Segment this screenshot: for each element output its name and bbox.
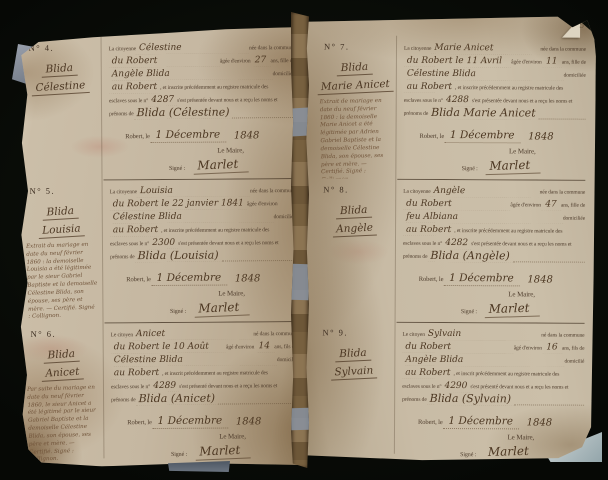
handwritten-commune: du Robert [402, 343, 513, 354]
date-line: Robert, le 1 Décembre 1848 [404, 127, 586, 143]
margin-given-name: Célestine [31, 78, 90, 97]
handwritten-parent-name: Célestine Blida [404, 70, 564, 81]
printed-domiciled-label: domicilié [564, 358, 584, 367]
binding-tape-patch-icon [291, 408, 310, 431]
handwritten-commune: du Robert [109, 57, 220, 68]
handwritten-citizen-name: Angèle [431, 187, 540, 198]
handwritten-date: 1 Décembre [152, 416, 228, 429]
margin-family-name: Blida [43, 347, 79, 364]
register-entry: N° 4. Blida Célestine La citoyenne Céles… [21, 35, 298, 180]
entry-number: N° 7. [316, 41, 394, 51]
printed-surname-label: prénoms de [402, 396, 427, 405]
mayor-signature: Marlet [194, 301, 250, 318]
handwritten-parent-name: Angèle Blida [109, 69, 273, 80]
margin-given-name: Marie Anicet [317, 77, 395, 96]
printed-child-of-label: ans, fille de [561, 202, 585, 211]
margin-family-name: Blida [42, 204, 78, 221]
handwritten-age: 27 [250, 56, 270, 67]
entry-number: N° 6. [23, 328, 101, 339]
printed-register-text: , et inscrit précédemment au registre ma… [162, 369, 268, 379]
margin-annotation: Extrait de mariage en date du neuf févri… [315, 98, 394, 180]
handwritten-domicile: au Robert [109, 83, 160, 93]
printed-signed-label: Signé : [171, 451, 187, 461]
entry-margin: N° 5. Blida Louisia Extrait du mariage e… [22, 185, 101, 321]
margin-name-block: Blida Marie Anicet [315, 56, 394, 96]
handwritten-year: 1848 [527, 274, 553, 285]
mayor-signature: Marlet [484, 445, 539, 462]
handwritten-citizen-name: Marie Anicet [431, 44, 540, 55]
margin-annotation [314, 384, 392, 386]
printed-mayor-label: Le Maire, [403, 146, 585, 158]
printed-surname-label: prénoms de [110, 253, 135, 262]
printed-age-label: âgé d'environ [514, 345, 542, 354]
printed-place-label: Robert, le [126, 275, 151, 286]
printed-age-label: âgée d'environ [511, 59, 542, 68]
entry-body: Le citoyen Sylvain né dans la commune du… [402, 327, 585, 461]
entry-body: La citoyenne Louisia née dans la commune… [110, 183, 297, 318]
margin-family-name: Blida [41, 61, 77, 78]
margin-family-name: Blida [335, 346, 371, 363]
date-line: Robert, le 1 Décembre 1848 [111, 412, 297, 428]
mayor-signature: Marlet [485, 302, 540, 319]
printed-signed-label: Signé : [170, 308, 186, 318]
date-line: Robert, le 1 Décembre 1848 [110, 269, 296, 285]
handwritten-parent-name: Angèle Blida [402, 356, 564, 367]
handwritten-matricule-number: 4289 [150, 382, 179, 392]
printed-mayor-label: Le Maire, [109, 145, 295, 157]
printed-presented-text: s'est présenté devant nous et a reçu les… [179, 382, 277, 391]
printed-citizen-label: La citoyenne [110, 188, 137, 197]
handwritten-date: 1 Décembre [150, 130, 226, 143]
handwritten-year: 1848 [234, 130, 260, 141]
handwritten-matricule-number: 4287 [148, 96, 177, 106]
printed-register-text: , et inscrite précédemment au registre m… [160, 83, 268, 93]
printed-age-label: âgée d'environ [510, 202, 541, 211]
handwritten-date: 1 Décembre [151, 273, 227, 286]
handwritten-age: 47 [541, 201, 561, 211]
dotted-rule [218, 393, 297, 405]
printed-child-of-label: ans, fille de [562, 59, 586, 68]
handwritten-assigned-name: Blida Marie Anicet [428, 107, 539, 120]
mayor-signature: Marlet [195, 444, 251, 461]
signature-line: Signé : Marlet [110, 301, 296, 317]
entry-margin: N° 9. Blida Sylvain [314, 327, 392, 385]
handwritten-citizen-name: Anicet [133, 329, 253, 340]
handwritten-domicile: au Robert [111, 369, 162, 379]
margin-name-block: Blida Célestine [21, 56, 100, 97]
entry-margin: N° 7. Blida Marie Anicet Extrait de mari… [315, 41, 394, 179]
printed-citizen-label: La citoyenne [403, 188, 430, 197]
printed-surname-label: prénoms de [403, 253, 428, 262]
dotted-rule [222, 250, 296, 262]
entry-margin: N° 6. Blida Anicet Par suite du mariage … [23, 328, 102, 464]
signature-line: Signé : Marlet [111, 444, 297, 460]
printed-surname-label: prénoms de [404, 110, 429, 119]
printed-citizen-label: La citoyenne [404, 45, 431, 54]
handwritten-date: 1 Décembre [444, 130, 520, 143]
dotted-rule [514, 394, 584, 405]
handwritten-year: 1848 [235, 273, 261, 284]
register-entry: N° 8. Blida Angèle La citoyenne Angèle n… [315, 178, 588, 322]
entry-body: Le citoyen Anicet né dans la commune du … [111, 326, 298, 461]
margin-name-block: Blida Angèle [315, 199, 394, 239]
printed-register-text: , et inscrit précédemment au registre ma… [454, 370, 560, 379]
printed-child-of-label: ans, fils de [562, 345, 585, 354]
margin-name-block: Blida Sylvain [314, 342, 393, 382]
entry-body: La citoyenne Marie Anicet née dans la co… [403, 41, 586, 175]
registry-book-scan: N° 4. Blida Célestine La citoyenne Céles… [0, 0, 608, 480]
handwritten-matricule-number: 2300 [149, 239, 178, 249]
date-line: Robert, le 1 Décembre 1848 [402, 413, 584, 429]
right-page: 5 N° 7. Blida Marie Anicet Extrait de ma… [298, 15, 596, 463]
printed-age-label: âgée d'environ [247, 200, 278, 209]
margin-annotation: Par suite du mariage en date du neuf fév… [23, 385, 103, 466]
handwritten-date: 1 Décembre [443, 273, 519, 286]
handwritten-commune: du Robert le 10 Août [111, 343, 226, 354]
entry-number: N° 4. [21, 42, 99, 53]
handwritten-assigned-name: Blida (Angèle) [427, 250, 512, 263]
printed-slave-number-label: esclaves sous le n° [403, 240, 442, 249]
left-page: N° 4. Blida Célestine La citoyenne Céles… [12, 27, 303, 467]
printed-domiciled-label: domiciliée [563, 215, 585, 224]
entry-number: N° 5. [22, 185, 100, 196]
margin-name-block: Blida Anicet [23, 342, 102, 383]
handwritten-year: 1848 [528, 131, 554, 142]
printed-age-label: âgée d'environ [220, 58, 251, 67]
handwritten-domicile: au Robert [404, 83, 455, 94]
printed-slave-number-label: esclaves sous le n° [111, 383, 150, 392]
mayor-signature: Marlet [193, 158, 249, 175]
book-spine-gutter [291, 12, 309, 468]
handwritten-parent-name: Célestine Blida [111, 355, 277, 366]
right-page-entries: N° 7. Blida Marie Anicet Extrait de mari… [314, 35, 588, 462]
entry-body: La citoyenne Célestine née dans la commu… [109, 40, 296, 175]
margin-annotation: Extrait du mariage en date du neuf févri… [22, 242, 102, 323]
printed-born-label: né dans la commune [253, 330, 296, 339]
handwritten-commune: du Robert le 11 Avril [404, 57, 511, 68]
printed-slave-number-label: esclaves sous le n° [109, 97, 148, 106]
printed-register-text: , et inscrite précédemment au registre m… [161, 226, 269, 236]
handwritten-domicile: au Robert [403, 226, 454, 237]
handwritten-age: 16 [542, 344, 562, 354]
entry-body: La citoyenne Angèle née dans la commune … [403, 184, 586, 318]
handwritten-citizen-name: Louisia [137, 186, 250, 197]
printed-born-label: née dans la commune [540, 189, 586, 198]
binding-tape-patch-icon [290, 264, 309, 301]
dotted-rule [539, 108, 586, 119]
dotted-rule [513, 251, 585, 262]
printed-place-label: Robert, le [419, 274, 444, 285]
printed-place-label: Robert, le [125, 132, 150, 143]
register-entry: N° 7. Blida Marie Anicet Extrait de mari… [315, 35, 588, 179]
signature-line: Signé : Marlet [109, 158, 295, 174]
signature-line: Signé : Marlet [403, 159, 585, 175]
printed-domiciled-label: domiciliée [564, 72, 586, 81]
signature-line: Signé : Marlet [403, 302, 585, 318]
printed-signed-label: Signé : [461, 308, 477, 318]
handwritten-year: 1848 [236, 416, 262, 427]
margin-given-name: Anicet [41, 365, 84, 383]
margin-given-name: Louisia [38, 221, 85, 239]
dotted-rule [232, 107, 295, 118]
printed-signed-label: Signé : [460, 451, 476, 461]
printed-place-label: Robert, le [418, 417, 443, 428]
printed-register-text: , et inscrite précédemment au registre m… [455, 84, 563, 93]
printed-slave-number-label: esclaves sous le n° [402, 383, 441, 392]
handwritten-date: 1 Décembre [443, 416, 519, 429]
handwritten-commune: du Robert [403, 200, 510, 211]
printed-surname-label: prénoms de [109, 110, 134, 119]
printed-born-label: née dans la commune [250, 187, 296, 196]
handwritten-assigned-name: Blida (Sylvain) [427, 393, 515, 406]
date-line: Robert, le 1 Décembre 1848 [109, 126, 295, 142]
handwritten-citizen-name: Célestine [136, 43, 249, 54]
margin-annotation [21, 99, 99, 102]
margin-family-name: Blida [336, 60, 372, 77]
printed-presented-text: s'est présentée devant nous et a reçu le… [178, 239, 278, 248]
register-entry: N° 5. Blida Louisia Extrait du mariage e… [22, 178, 299, 323]
printed-signed-label: Signé : [462, 165, 478, 175]
handwritten-parent-name: feu Albiana [403, 213, 563, 224]
entry-margin: N° 4. Blida Célestine [21, 42, 99, 100]
printed-age-label: âgé d'environ [226, 344, 254, 353]
handwritten-domicile: au Robert [110, 226, 161, 236]
handwritten-year: 1848 [527, 417, 553, 428]
printed-born-label: née dans la commune [540, 46, 586, 55]
printed-signed-label: Signé : [169, 165, 185, 175]
register-entry: N° 9. Blida Sylvain Le citoyen Sylvain n… [314, 321, 587, 465]
handwritten-parent-name: Célestine Blida [110, 212, 274, 223]
printed-mayor-label: Le Maire, [110, 288, 296, 300]
printed-born-label: né dans la commune [541, 332, 584, 341]
mayor-signature: Marlet [486, 159, 541, 176]
printed-slave-number-label: esclaves sous le n° [110, 240, 149, 249]
printed-surname-label: prénoms de [111, 396, 136, 405]
printed-citizen-label: La citoyenne [109, 45, 136, 54]
handwritten-assigned-name: Blida (Louisia) [135, 249, 222, 262]
printed-presented-text: s'est présentée devant nous et a reçu le… [177, 96, 277, 105]
entry-number: N° 9. [314, 327, 392, 337]
date-line: Robert, le 1 Décembre 1848 [403, 270, 585, 286]
margin-annotation [315, 241, 393, 243]
entry-margin: N° 8. Blida Angèle [315, 184, 393, 242]
printed-place-label: Robert, le [420, 131, 445, 142]
handwritten-domicile: au Robert [402, 369, 453, 380]
page-number: 5 [580, 20, 585, 30]
printed-register-text: , et inscrite précédemment au registre m… [454, 227, 562, 236]
handwritten-assigned-name: Blida (Célestine) [134, 106, 233, 119]
printed-mayor-label: Le Maire, [403, 289, 585, 301]
margin-given-name: Sylvain [330, 364, 377, 381]
printed-citizen-label: Le citoyen [402, 331, 424, 340]
handwritten-assigned-name: Blida (Anicet) [136, 392, 219, 405]
margin-given-name: Angèle [332, 221, 378, 238]
handwritten-age: 14 [254, 342, 274, 353]
printed-mayor-label: Le Maire, [111, 431, 297, 443]
printed-place-label: Robert, le [127, 418, 152, 429]
handwritten-commune: du Robert le 22 janvier 1841 [110, 199, 247, 210]
left-page-entries: N° 4. Blida Célestine La citoyenne Céles… [21, 35, 300, 467]
printed-slave-number-label: esclaves sous le n° [404, 97, 443, 106]
printed-citizen-label: Le citoyen [111, 331, 133, 340]
margin-name-block: Blida Louisia [22, 199, 101, 240]
register-entry: N° 6. Blida Anicet Par suite du mariage … [23, 321, 300, 466]
handwritten-age: 11 [542, 58, 562, 68]
entry-number: N° 8. [315, 184, 393, 194]
handwritten-citizen-name: Sylvain [425, 330, 541, 341]
printed-born-label: née dans la commune [249, 44, 295, 53]
printed-mayor-label: Le Maire, [402, 432, 584, 444]
margin-family-name: Blida [336, 203, 372, 220]
